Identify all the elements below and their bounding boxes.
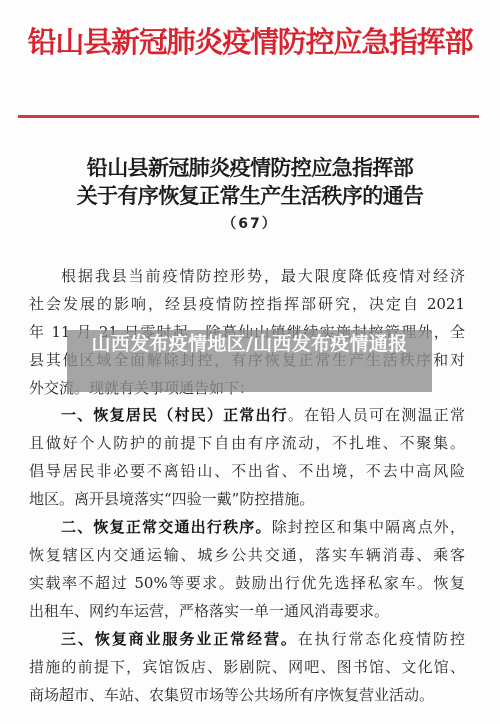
document-number: （67） (0, 214, 500, 234)
item-3-heading: 三、恢复商业服务业正常经营。 (61, 630, 298, 648)
item-2-heading: 二、恢复正常交通出行秩序。 (61, 518, 272, 536)
item-1-line-2: 且做好个人防护的前提下自由有序流动，不扎堆、不聚集。 (29, 432, 465, 454)
item-2-line-3: 实载率不超过 50%等要求。鼓励出行优先选择私家车。恢复 (29, 572, 465, 594)
item-1-line-1: 一、恢复居民（村民）正常出行。在铅人员可在测温正常 (61, 404, 465, 426)
item-3-text-1: 在执行常态化疫情防控 (298, 630, 465, 648)
item-1-line-3: 倡导居民非必要不离铅山、不出省、不出境，不去中高风险 (29, 460, 465, 482)
item-2-text-1: 除封控区和集中隔离点外， (272, 518, 465, 536)
item-1-text-1: 。在铅人员可在测温正常 (288, 406, 465, 424)
caption-overlay-text: 山西发布疫情地区/山西发布疫情通报 (67, 332, 432, 356)
intro-line-2: 社会发展的影响，经县疫情防控指挥部研究，决定自 2021 (29, 293, 465, 315)
item-2-line-4: 出租车、网约车运营，严格落实一单一通风消毒要求。 (29, 600, 465, 622)
item-1-heading: 一、恢复居民（村民）正常出行 (61, 406, 288, 424)
item-3-line-2: 措施的前提下，宾馆饭店、影剧院、网吧、图书馆、文化馆、 (29, 656, 465, 678)
red-header-rule (18, 115, 479, 118)
document-title-line-1: 铅山县新冠肺炎疫情防控应急指挥部 (0, 154, 500, 182)
item-2-line-2: 恢复辖区内交通运输、城乡公共交通，落实车辆消毒、乘客 (29, 544, 465, 566)
intro-line-1: 根据我县当前疫情防控形势，最大限度降低疫情对经济 (61, 265, 465, 287)
item-1-line-4: 地区。离开县境落实“四验一戴”防控措施。 (29, 488, 465, 510)
item-3-line-3: 商场超市、车站、农集贸市场等公共场所有序恢复营业活动。 (29, 684, 465, 706)
issuer-masthead: 铅山县新冠肺炎疫情防控应急指挥部 (0, 22, 500, 62)
document-title-line-2: 关于有序恢复正常生产生活秩序的通告 (0, 182, 500, 210)
item-2-line-1: 二、恢复正常交通出行秩序。除封控区和集中隔离点外， (61, 516, 465, 538)
item-3-line-1: 三、恢复商业服务业正常经营。在执行常态化疫情防控 (61, 628, 465, 650)
